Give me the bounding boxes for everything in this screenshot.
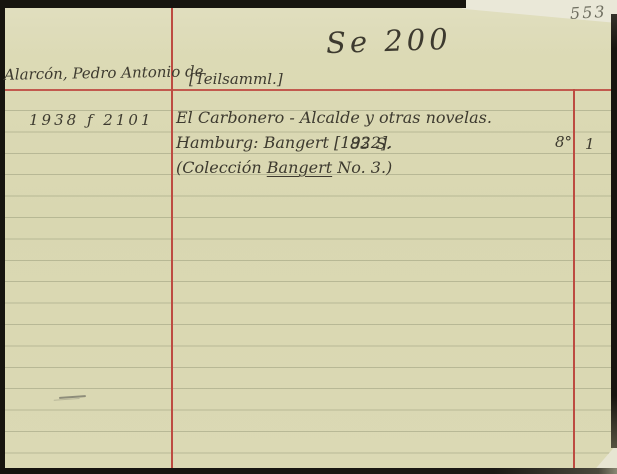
red-header-rule: [0, 89, 617, 91]
copy-count: 1: [585, 137, 595, 152]
catalog-card-scan: 553 Se 200 Alarcón, Pedro Antonio de [Te…: [0, 0, 617, 474]
author-heading: Alarcón, Pedro Antonio de: [4, 64, 204, 82]
scan-border-bottom: [0, 468, 617, 474]
series-statement: (Colección Bangert No. 3.): [176, 160, 392, 176]
collection-note: [Teilsamml.]: [189, 72, 283, 87]
series-suffix: No. 3.): [332, 158, 392, 177]
extent-pages: 83 S.: [176, 136, 391, 152]
accession-number: 1938 ƒ 2101: [29, 113, 153, 128]
scan-border-right: [611, 14, 617, 448]
extent-value: 83 S.: [350, 134, 391, 153]
shelfmark: Se 200: [326, 25, 453, 58]
scan-border-top: [0, 0, 466, 8]
page-number: 553: [570, 4, 607, 22]
series-publisher-underlined: Bangert: [267, 158, 332, 177]
title-line: El Carbonero - Alcalde y otras novelas.: [176, 110, 492, 126]
format-octavo: 8°: [555, 135, 572, 150]
red-margin-rule-right: [573, 89, 575, 469]
series-prefix: (Colección: [176, 158, 267, 177]
